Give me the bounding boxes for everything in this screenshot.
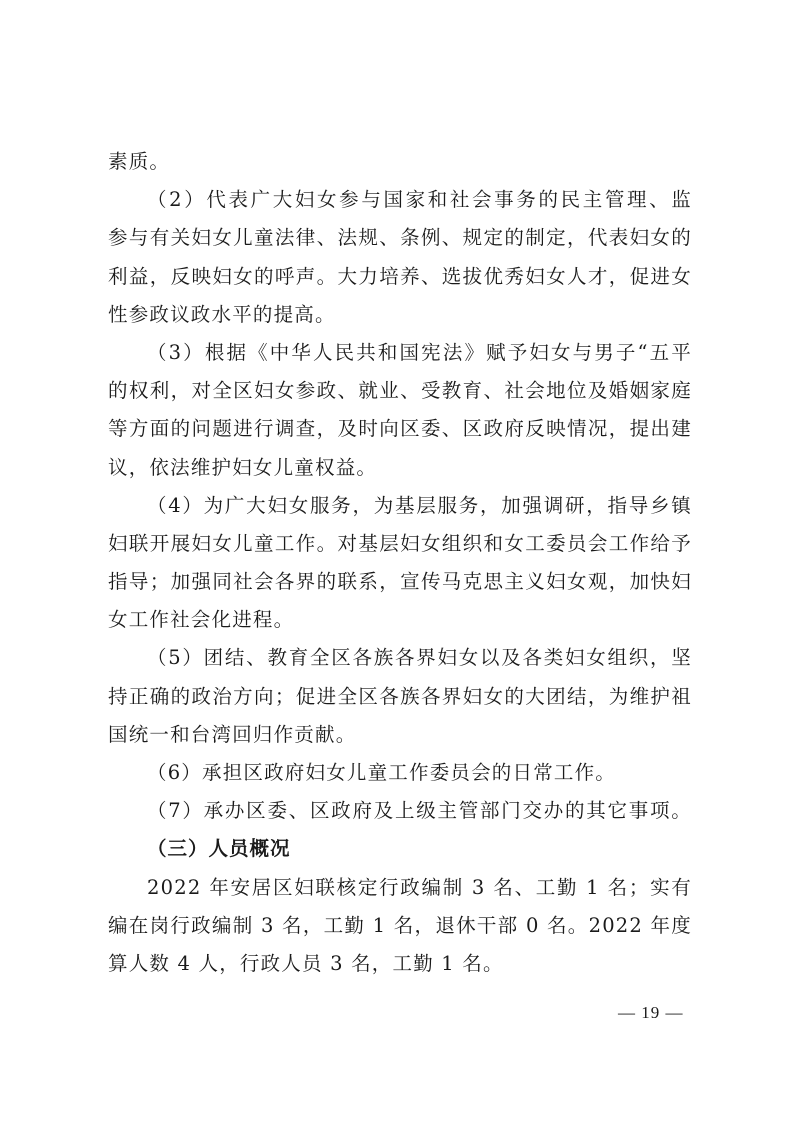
text-line: 国统一和台湾回归作贡献。 [108, 716, 692, 754]
text-line: 参与有关妇女儿童法律、法规、条例、规定的制定，代表妇女的 [108, 219, 692, 257]
personnel-paragraph-line: 2022 年安居区妇联核定行政编制 3 名、工勤 1 名；实有在 [108, 869, 692, 907]
list-item-5: （5）团结、教育全区各族各界妇女以及各类妇女组织，坚 [108, 639, 692, 677]
document-page: 素质。 （2）代表广大妇女参与国家和社会事务的民主管理、监督， 参与有关妇女儿童… [0, 0, 793, 1122]
text-line: 妇联开展妇女儿童工作。对基层妇女组织和女工委员会工作给予 [108, 525, 692, 563]
text-line: 利益，反映妇女的呼声。大力培养、选拔优秀妇女人才，促进女 [108, 258, 692, 296]
list-item-7: （7）承办区委、区政府及上级主管部门交办的其它事项。 [108, 792, 692, 830]
list-item-4: （4）为广大妇女服务，为基层服务，加强调研，指导乡镇 [108, 487, 692, 525]
text-line: 指导；加强同社会各界的联系，宣传马克思主义妇女观，加快妇 [108, 563, 692, 601]
text-line: 议，依法维护妇女儿童权益。 [108, 449, 692, 487]
text-line: 的权利，对全区妇女参政、就业、受教育、社会地位及婚姻家庭 [108, 372, 692, 410]
list-item-2: （2）代表广大妇女参与国家和社会事务的民主管理、监督， [108, 181, 692, 219]
text-line: 等方面的问题进行调查，及时向区委、区政府反映情况，提出建 [108, 410, 692, 448]
text-line: 性参政议政水平的提高。 [108, 296, 692, 334]
document-body: 素质。 （2）代表广大妇女参与国家和社会事务的民主管理、监督， 参与有关妇女儿童… [108, 143, 692, 983]
section-heading: （三）人员概况 [108, 830, 692, 868]
personnel-paragraph-line: 编在岗行政编制 3 名，工勤 1 名，退休干部 0 名。2022 年度决 [108, 907, 692, 945]
text-line: 女工作社会化进程。 [108, 601, 692, 639]
list-item-3: （3）根据《中华人民共和国宪法》赋予妇女与男子“五平等” [108, 334, 692, 372]
text-line: 素质。 [108, 143, 692, 181]
list-item-6: （6）承担区政府妇女儿童工作委员会的日常工作。 [108, 754, 692, 792]
personnel-paragraph-line: 算人数 4 人，行政人员 3 名，工勤 1 名。 [108, 945, 692, 983]
page-number: — 19 — [618, 1003, 684, 1023]
text-line: 持正确的政治方向；促进全区各族各界妇女的大团结，为维护祖 [108, 678, 692, 716]
